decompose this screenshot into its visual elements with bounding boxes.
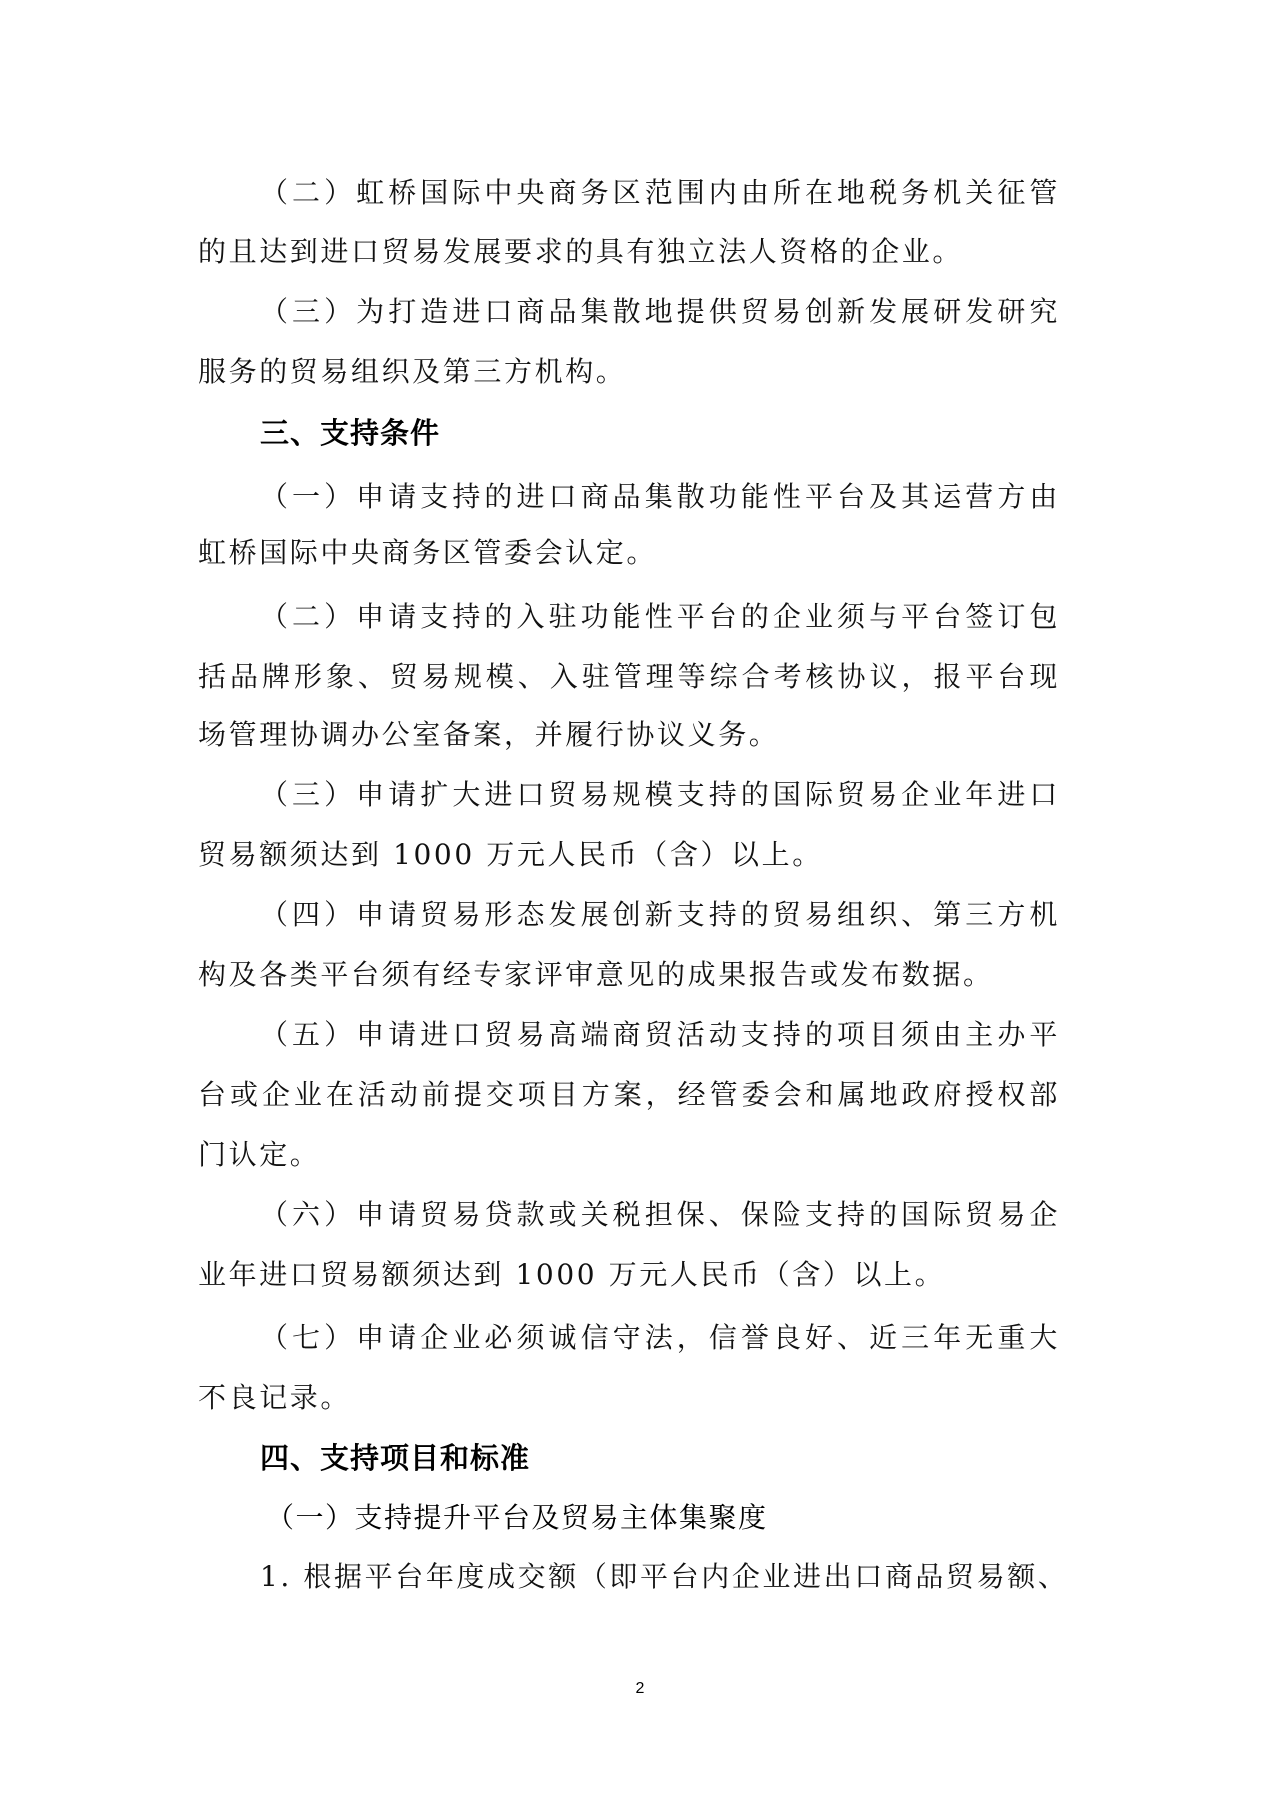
paragraph-line: （三）为打造进口商品集散地提供贸易创新发展研发研究 — [260, 292, 1060, 332]
paragraph-line: 门认定。 — [198, 1135, 1060, 1175]
subsection-heading: （一）支持提升平台及贸易主体集聚度 — [266, 1498, 768, 1538]
paragraph-line: （二）虹桥国际中央商务区范围内由所在地税务机关征管 — [260, 173, 1060, 213]
paragraph-line: 贸易额须达到 1000 万元人民币（含）以上。 — [198, 835, 1060, 875]
section-heading-support-conditions: 三、支持条件 — [260, 413, 440, 453]
paragraph-line: （三）申请扩大进口贸易规模支持的国际贸易企业年进口 — [260, 775, 1060, 815]
paragraph-line: 服务的贸易组织及第三方机构。 — [198, 352, 1060, 392]
paragraph-line: （五）申请进口贸易高端商贸活动支持的项目须由主办平 — [260, 1015, 1060, 1055]
page-number: 2 — [630, 1680, 650, 1698]
paragraph-line: 台或企业在活动前提交项目方案，经管委会和属地政府授权部 — [198, 1075, 1060, 1115]
paragraph-line: 虹桥国际中央商务区管委会认定。 — [198, 533, 1060, 573]
paragraph-line: 不良记录。 — [198, 1378, 1060, 1418]
paragraph-line: 的且达到进口贸易发展要求的具有独立法人资格的企业。 — [198, 232, 1060, 272]
paragraph-line: （二）申请支持的入驻功能性平台的企业须与平台签订包 — [260, 597, 1060, 637]
paragraph-line: 业年进口贸易额须达到 1000 万元人民币（含）以上。 — [198, 1255, 1060, 1295]
paragraph-line: （七）申请企业必须诚信守法，信誉良好、近三年无重大 — [260, 1318, 1060, 1358]
paragraph-line: （四）申请贸易形态发展创新支持的贸易组织、第三方机 — [260, 895, 1060, 935]
paragraph-line: 场管理协调办公室备案，并履行协议义务。 — [198, 715, 1060, 755]
paragraph-line: 构及各类平台须有经专家评审意见的成果报告或发布数据。 — [198, 955, 1060, 995]
section-heading-support-items-standards: 四、支持项目和标准 — [260, 1438, 530, 1478]
paragraph-line: （六）申请贸易贷款或关税担保、保险支持的国际贸易企 — [260, 1195, 1060, 1235]
paragraph-line: 括品牌形象、贸易规模、入驻管理等综合考核协议，报平台现 — [198, 657, 1060, 697]
paragraph-line: （一）申请支持的进口商品集散功能性平台及其运营方由 — [260, 477, 1060, 517]
document-page: （二）虹桥国际中央商务区范围内由所在地税务机关征管 的且达到进口贸易发展要求的具… — [0, 0, 1280, 1810]
paragraph-line: 1. 根据平台年度成交额（即平台内企业进出口商品贸易额、 — [260, 1557, 1060, 1597]
